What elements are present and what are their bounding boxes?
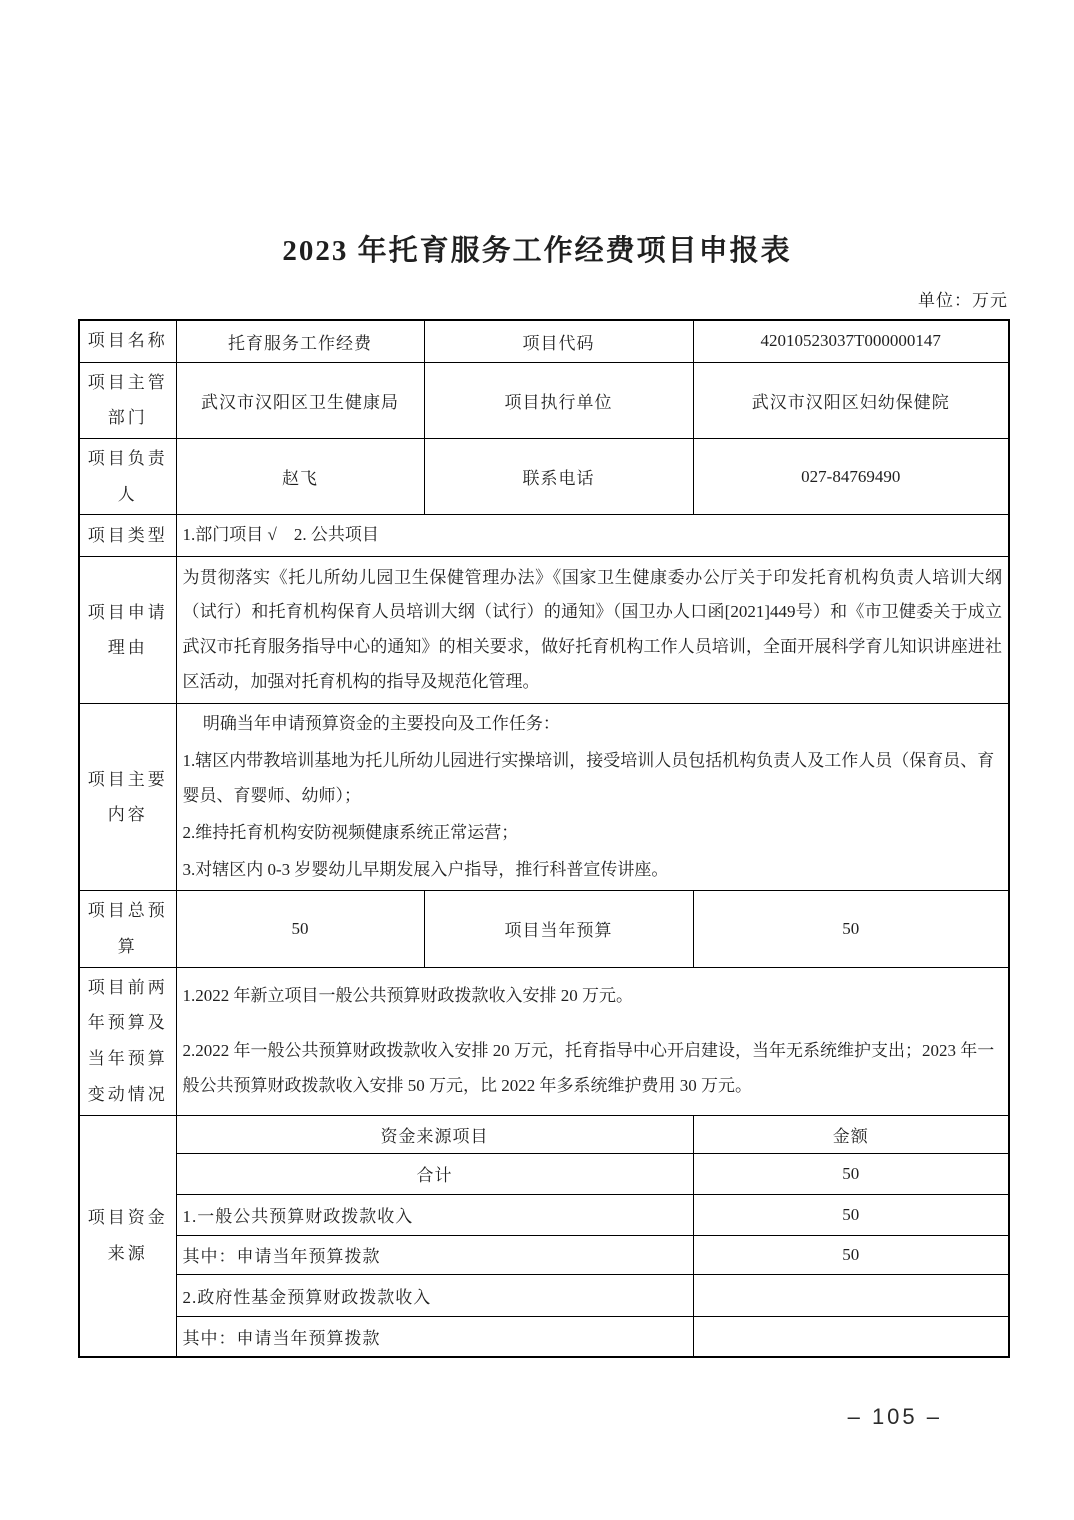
total-budget-label: 项目总预算 — [79, 891, 176, 967]
fund-source-row-general-budget: 1.一般公共预算财政拨款收入 50 — [79, 1194, 1009, 1235]
project-code-value: 42010523037T000000147 — [693, 320, 1009, 362]
project-name-label: 项目名称 — [79, 320, 176, 362]
main-content-value: 明确当年申请预算资金的主要投向及工作任务： 1.辖区内带教培训基地为托儿所幼儿园… — [176, 704, 1009, 891]
row-department: 项目主管部门 武汉市汉阳区卫生健康局 项目执行单位 武汉市汉阳区妇幼保健院 — [79, 362, 1009, 438]
fund-source-general-amount: 50 — [693, 1194, 1009, 1235]
current-year-budget-value: 50 — [693, 891, 1009, 967]
project-name-value: 托育服务工作经费 — [176, 320, 424, 362]
phone-label: 联系电话 — [424, 438, 693, 514]
fund-source-gov-fund-label: 2.政府性基金预算财政拨款收入 — [176, 1274, 693, 1316]
application-form-table: 项目名称 托育服务工作经费 项目代码 42010523037T000000147… — [78, 319, 1010, 1358]
fund-source-general-current-amount: 50 — [693, 1235, 1009, 1274]
budget-history-paragraph: 1.2022 年新立项目一般公共预算财政拨款收入安排 20 万元。 — [183, 979, 1003, 1014]
main-content-item: 2.维持托育机构安防视频健康系统正常运营； — [183, 816, 1003, 851]
fund-source-total-label: 合计 — [176, 1153, 693, 1194]
executing-unit-value: 武汉市汉阳区妇幼保健院 — [693, 362, 1009, 438]
main-content-item: 3.对辖区内 0-3 岁婴幼儿早期发展入户指导，推行科普宣传讲座。 — [183, 853, 1003, 888]
main-content-intro: 明确当年申请预算资金的主要投向及工作任务： — [183, 707, 1003, 742]
fund-amount-column-header: 金额 — [693, 1115, 1009, 1153]
unit-note: 单位：万元 — [78, 286, 1008, 311]
current-year-budget-label: 项目当年预算 — [424, 891, 693, 967]
fund-source-column-header: 资金来源项目 — [176, 1115, 693, 1153]
fund-source-row-gov-fund-current: 其中：申请当年预算拨款 — [79, 1316, 1009, 1357]
row-fund-source-header: 项目资金来源 资金来源项目 金额 — [79, 1115, 1009, 1153]
executing-unit-label: 项目执行单位 — [424, 362, 693, 438]
row-application-reason: 项目申请理由 为贯彻落实《托儿所幼儿园卫生保健管理办法》《国家卫生健康委办公厅关… — [79, 557, 1009, 704]
budget-history-value: 1.2022 年新立项目一般公共预算财政拨款收入安排 20 万元。 2.2022… — [176, 967, 1009, 1115]
row-project-name: 项目名称 托育服务工作经费 项目代码 42010523037T000000147 — [79, 320, 1009, 362]
row-budget-history: 项目前两年预算及当年预算变动情况 1.2022 年新立项目一般公共预算财政拨款收… — [79, 967, 1009, 1115]
fund-source-row-total: 合计 50 — [79, 1153, 1009, 1194]
project-type-label: 项目类型 — [79, 515, 176, 557]
application-reason-value: 为贯彻落实《托儿所幼儿园卫生保健管理办法》《国家卫生健康委办公厅关于印发托育机构… — [176, 557, 1009, 704]
fund-source-general-current-label: 其中：申请当年预算拨款 — [176, 1235, 693, 1274]
page-title: 2023 年托育服务工作经费项目申报表 — [0, 228, 1074, 269]
fund-source-general-label: 1.一般公共预算财政拨款收入 — [176, 1194, 693, 1235]
department-label: 项目主管部门 — [79, 362, 176, 438]
row-responsible-person: 项目负责人 赵飞 联系电话 027-84769490 — [79, 438, 1009, 514]
fund-source-gov-fund-amount — [693, 1274, 1009, 1316]
main-content-label: 项目主要内容 — [79, 704, 176, 891]
responsible-person-label: 项目负责人 — [79, 438, 176, 514]
budget-history-paragraph: 2.2022 年一般公共预算财政拨款收入安排 20 万元，托育指导中心开启建设，… — [183, 1034, 1003, 1104]
row-main-content: 项目主要内容 明确当年申请预算资金的主要投向及工作任务： 1.辖区内带教培训基地… — [79, 704, 1009, 891]
total-budget-value: 50 — [176, 891, 424, 967]
phone-value: 027-84769490 — [693, 438, 1009, 514]
fund-source-total-amount: 50 — [693, 1153, 1009, 1194]
fund-source-row-gov-fund: 2.政府性基金预算财政拨款收入 — [79, 1274, 1009, 1316]
project-type-value: 1.部门项目 √ 2. 公共项目 — [176, 515, 1009, 557]
project-code-label: 项目代码 — [424, 320, 693, 362]
main-content-item: 1.辖区内带教培训基地为托儿所幼儿园进行实操培训，接受培训人员包括机构负责人及工… — [183, 744, 1003, 814]
fund-source-gov-fund-current-amount — [693, 1316, 1009, 1357]
page-number: – 105 – — [848, 1404, 942, 1430]
fund-source-row-general-current: 其中：申请当年预算拨款 50 — [79, 1235, 1009, 1274]
row-total-budget: 项目总预算 50 项目当年预算 50 — [79, 891, 1009, 967]
department-value: 武汉市汉阳区卫生健康局 — [176, 362, 424, 438]
responsible-person-value: 赵飞 — [176, 438, 424, 514]
application-reason-label: 项目申请理由 — [79, 557, 176, 704]
fund-source-label: 项目资金来源 — [79, 1115, 176, 1357]
budget-history-label: 项目前两年预算及当年预算变动情况 — [79, 967, 176, 1115]
row-project-type: 项目类型 1.部门项目 √ 2. 公共项目 — [79, 515, 1009, 557]
fund-source-gov-fund-current-label: 其中：申请当年预算拨款 — [176, 1316, 693, 1357]
